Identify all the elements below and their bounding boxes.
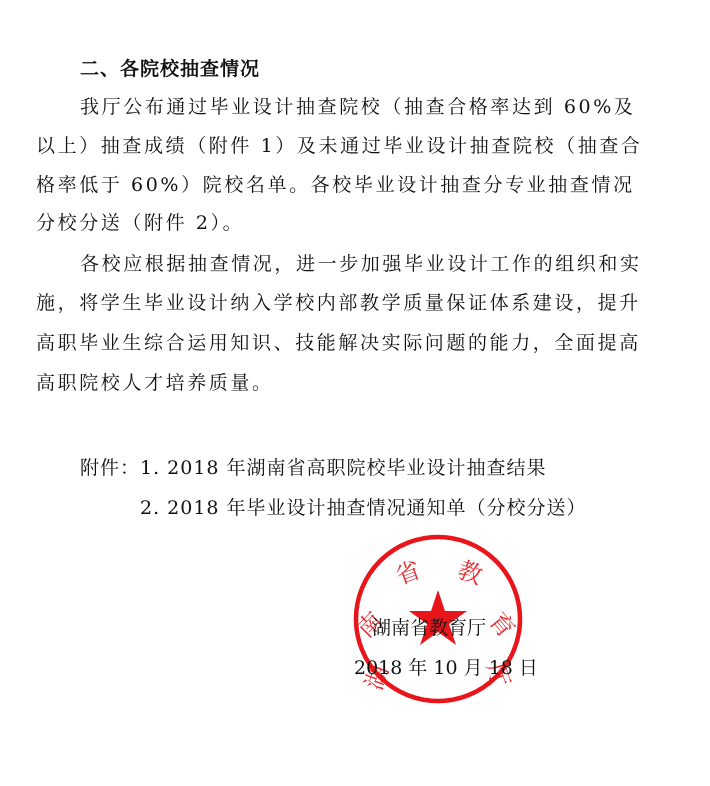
paragraph-2-line-4: 高职院校人才培养质量。 bbox=[36, 368, 274, 395]
paragraph-1-line-1: 我厅公布通过毕业设计抽查院校（抽查合格率达到 60%及 bbox=[80, 92, 635, 119]
document-page: 二、各院校抽查情况 我厅公布通过毕业设计抽查院校（抽查合格率达到 60%及 以上… bbox=[0, 0, 710, 786]
paragraph-1-line-4: 分校分送（附件 2）。 bbox=[36, 208, 244, 235]
section-heading: 二、各院校抽查情况 bbox=[80, 54, 260, 81]
svg-text:教: 教 bbox=[454, 556, 486, 591]
issue-date: 2018 年 10 月 18 日 bbox=[354, 653, 538, 680]
svg-text:育: 育 bbox=[484, 607, 521, 643]
attachment-item-2[interactable]: 2. 2018 年毕业设计抽查情况通知单（分校分送） bbox=[140, 493, 587, 520]
attachments-label: 附件： bbox=[80, 453, 140, 480]
svg-text:省: 省 bbox=[392, 556, 424, 591]
paragraph-2-line-3: 高职毕业生综合运用知识、技能解决实际问题的能力，全面提高 bbox=[36, 328, 641, 355]
paragraph-1-line-2: 以上）抽查成绩（附件 1）及未通过毕业设计抽查院校（抽查合 bbox=[36, 131, 643, 158]
attachment-item-1[interactable]: 1. 2018 年湖南省高职院校毕业设计抽查结果 bbox=[140, 453, 547, 480]
issuer-name: 湖南省教育厅 bbox=[372, 613, 486, 640]
paragraph-2-line-2: 施，将学生毕业设计纳入学校内部教学质量保证体系建设，提升 bbox=[36, 288, 641, 315]
paragraph-2-line-1: 各校应根据抽查情况，进一步加强毕业设计工作的组织和实 bbox=[80, 249, 642, 276]
paragraph-1-line-3: 格率低于 60%）院校名单。各校毕业设计抽查分专业抽查情况 bbox=[36, 170, 635, 197]
